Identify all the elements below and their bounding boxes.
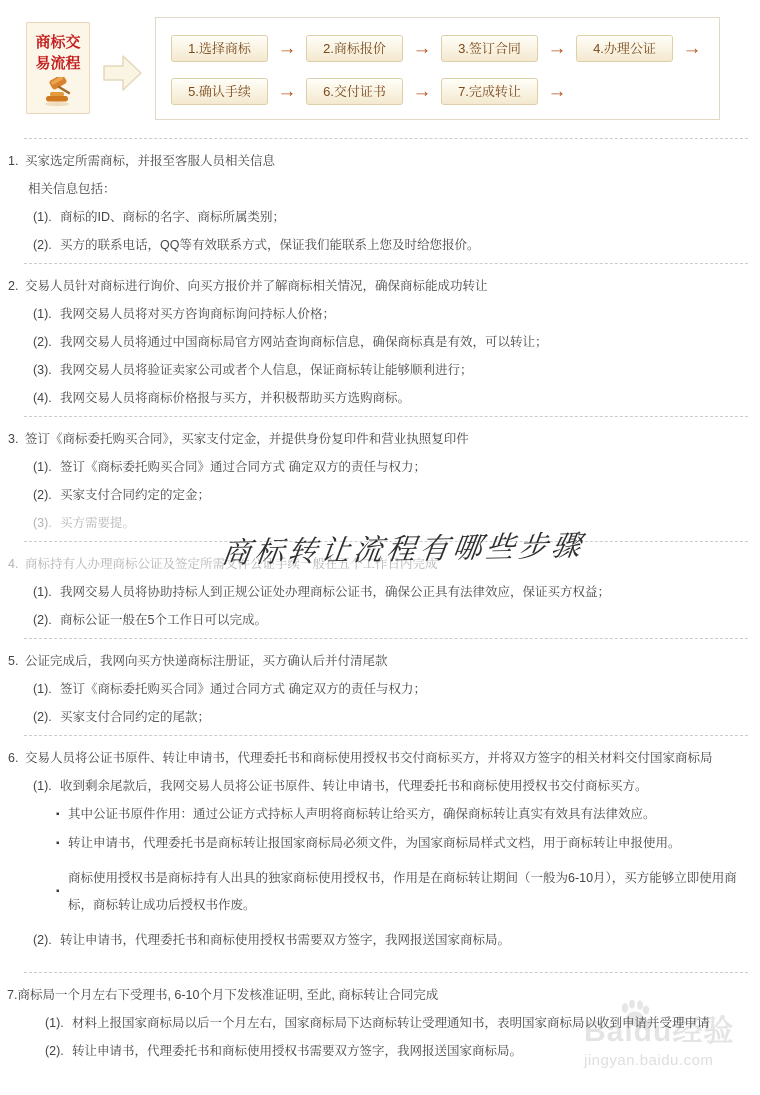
- bullet-item-multiline: ▪ 商标使用授权书是商标持有人出具的独家商标使用授权书，作用是在商标转让期间（一…: [8, 865, 746, 919]
- arrow-right-icon: →: [673, 35, 711, 62]
- list-item: (2).买方的联系电话，QQ等有效联系方式，保证我们能联系上您及时给您报价。: [8, 238, 746, 252]
- step-button-5[interactable]: 5.确认手续: [171, 78, 268, 105]
- bullet-item: ▪其中公证书原件作用：通过公证方式持标人声明将商标转让给买方，确保商标转让真实有…: [8, 807, 746, 822]
- step-button-3[interactable]: 3.签订合同: [441, 35, 538, 62]
- section-5: 5.公证完成后，我网向买方快递商标注册证，买方确认后并付清尾款 (1).签订《商…: [0, 639, 760, 735]
- list-item: (1).签订《商标委托购买合同》通过合同方式 确定双方的责任与权力；: [8, 460, 746, 474]
- list-item: (2).转让申请书，代理委托书和商标使用授权书需要双方签字，我网报送国家商标局。: [8, 933, 746, 947]
- step-button-4[interactable]: 4.办理公证: [576, 35, 673, 62]
- list-item: (2).买家支付合同约定的定金；: [8, 488, 746, 502]
- list-item-faded: (3).买方需要提。: [8, 516, 746, 530]
- list-item: (1).我网交易人员将对买方咨询商标询问持标人价格；: [8, 307, 746, 321]
- bullet-item: ▪转让申请书，代理委托书是商标转让报国家商标局必须文件，为国家商标局样式文档，用…: [8, 836, 746, 851]
- section-title: 3.签订《商标委托购买合同》，买家支付定金，并提供身份复印件和营业执照复印件: [8, 432, 746, 446]
- arrow-right-icon: →: [268, 35, 306, 62]
- flow-row-1: 1.选择商标 → 2.商标报价 → 3.签订合同 → 4.办理公证 →: [171, 35, 711, 62]
- square-bullet-icon: ▪: [56, 808, 68, 822]
- arrow-right-icon: →: [403, 35, 441, 62]
- flowchart-header: 商标交 易流程 1.选择商标 →: [0, 0, 760, 138]
- arrow-right-icon: →: [268, 78, 306, 105]
- section-title: 1.买家选定所需商标，并报至客服人员相关信息: [8, 154, 746, 168]
- step-button-2[interactable]: 2.商标报价: [306, 35, 403, 62]
- arrow-right-icon: →: [538, 78, 576, 105]
- gavel-icon: [27, 77, 89, 112]
- article-page: Baidu经验 jingyan.baidu.com 商标交 易流程: [0, 0, 760, 1095]
- list-item: (4).我网交易人员将商标价格报与买方，并积极帮助买方选购商标。: [8, 391, 746, 405]
- step-button-6[interactable]: 6.交付证书: [306, 78, 403, 105]
- flowchart-box: 1.选择商标 → 2.商标报价 → 3.签订合同 → 4.办理公证 → 5.确认…: [155, 17, 720, 120]
- article-content: 1.买家选定所需商标，并报至客服人员相关信息 相关信息包括： (1).商标的ID…: [0, 139, 760, 1069]
- section-title: 2.交易人员针对商标进行询价、向买方报价并了解商标相关情况，确保商标能成功转让: [8, 279, 746, 293]
- list-item: (2).转让申请书，代理委托书和商标使用授权书需要双方签字，我网报送国家商标局。: [7, 1044, 746, 1058]
- section-1: 1.买家选定所需商标，并报至客服人员相关信息 相关信息包括： (1).商标的ID…: [0, 139, 760, 263]
- square-bullet-icon: ▪: [56, 837, 68, 851]
- section-3: 3.签订《商标委托购买合同》，买家支付定金，并提供身份复印件和营业执照复印件 (…: [0, 417, 760, 541]
- list-item: (1).商标的ID、商标的名字、商标所属类别；: [8, 210, 746, 224]
- section-2: 2.交易人员针对商标进行询价、向买方报价并了解商标相关情况，确保商标能成功转让 …: [0, 264, 760, 416]
- list-item: (2).商标公证一般在5个工作日可以完成。: [8, 613, 746, 627]
- section-title-faded: 4.商标持有人办理商标公证及签定所需文件公证手续一般在五个工作日内完成: [8, 557, 746, 571]
- process-title: 商标交 易流程: [27, 32, 89, 74]
- section-title: 7.商标局一个月左右下受理书, 6-10个月下发核准证明, 至此, 商标转让合同…: [7, 988, 746, 1002]
- list-item: (2).我网交易人员将通过中国商标局官方网站查询商标信息，确保商标真是有效，可以…: [8, 335, 746, 349]
- list-item: (1).签订《商标委托购买合同》通过合同方式 确定双方的责任与权力；: [8, 682, 746, 696]
- section-title: 6.交易人员将公证书原件、转让申请书，代理委托书和商标使用授权书交付商标买方，并…: [8, 751, 746, 765]
- big-arrow-icon: [102, 53, 144, 98]
- step-button-7[interactable]: 7.完成转让: [441, 78, 538, 105]
- list-item: (1).收到剩余尾款后，我网交易人员将公证书原件、转让申请书，代理委托书和商标使…: [8, 779, 746, 793]
- square-bullet-icon: ▪: [56, 885, 68, 899]
- section-title: 5.公证完成后，我网向买方快递商标注册证，买方确认后并付清尾款: [8, 654, 746, 668]
- list-item: (1).我网交易人员将协助持标人到正规公证处办理商标公证书，确保公正具有法律效应…: [8, 585, 746, 599]
- list-item: (2).买家支付合同约定的尾款；: [8, 710, 746, 724]
- arrow-right-icon: →: [538, 35, 576, 62]
- arrow-right-icon: →: [403, 78, 441, 105]
- step-button-1[interactable]: 1.选择商标: [171, 35, 268, 62]
- section-intro: 相关信息包括：: [8, 182, 746, 196]
- section-7: 7.商标局一个月左右下受理书, 6-10个月下发核准证明, 至此, 商标转让合同…: [0, 973, 760, 1069]
- process-label-box: 商标交 易流程: [26, 22, 90, 114]
- flow-row-2: 5.确认手续 → 6.交付证书 → 7.完成转让 →: [171, 78, 576, 105]
- section-6: 6.交易人员将公证书原件、转让申请书，代理委托书和商标使用授权书交付商标买方，并…: [0, 736, 760, 958]
- list-item: (3).我网交易人员将验证卖家公司或者个人信息，保证商标转让能够顺利进行；: [8, 363, 746, 377]
- section-4: 4.商标持有人办理商标公证及签定所需文件公证手续一般在五个工作日内完成 (1).…: [0, 542, 760, 638]
- list-item: (1).材料上报国家商标局以后一个月左右，国家商标局下达商标转让受理通知书，表明…: [7, 1016, 746, 1030]
